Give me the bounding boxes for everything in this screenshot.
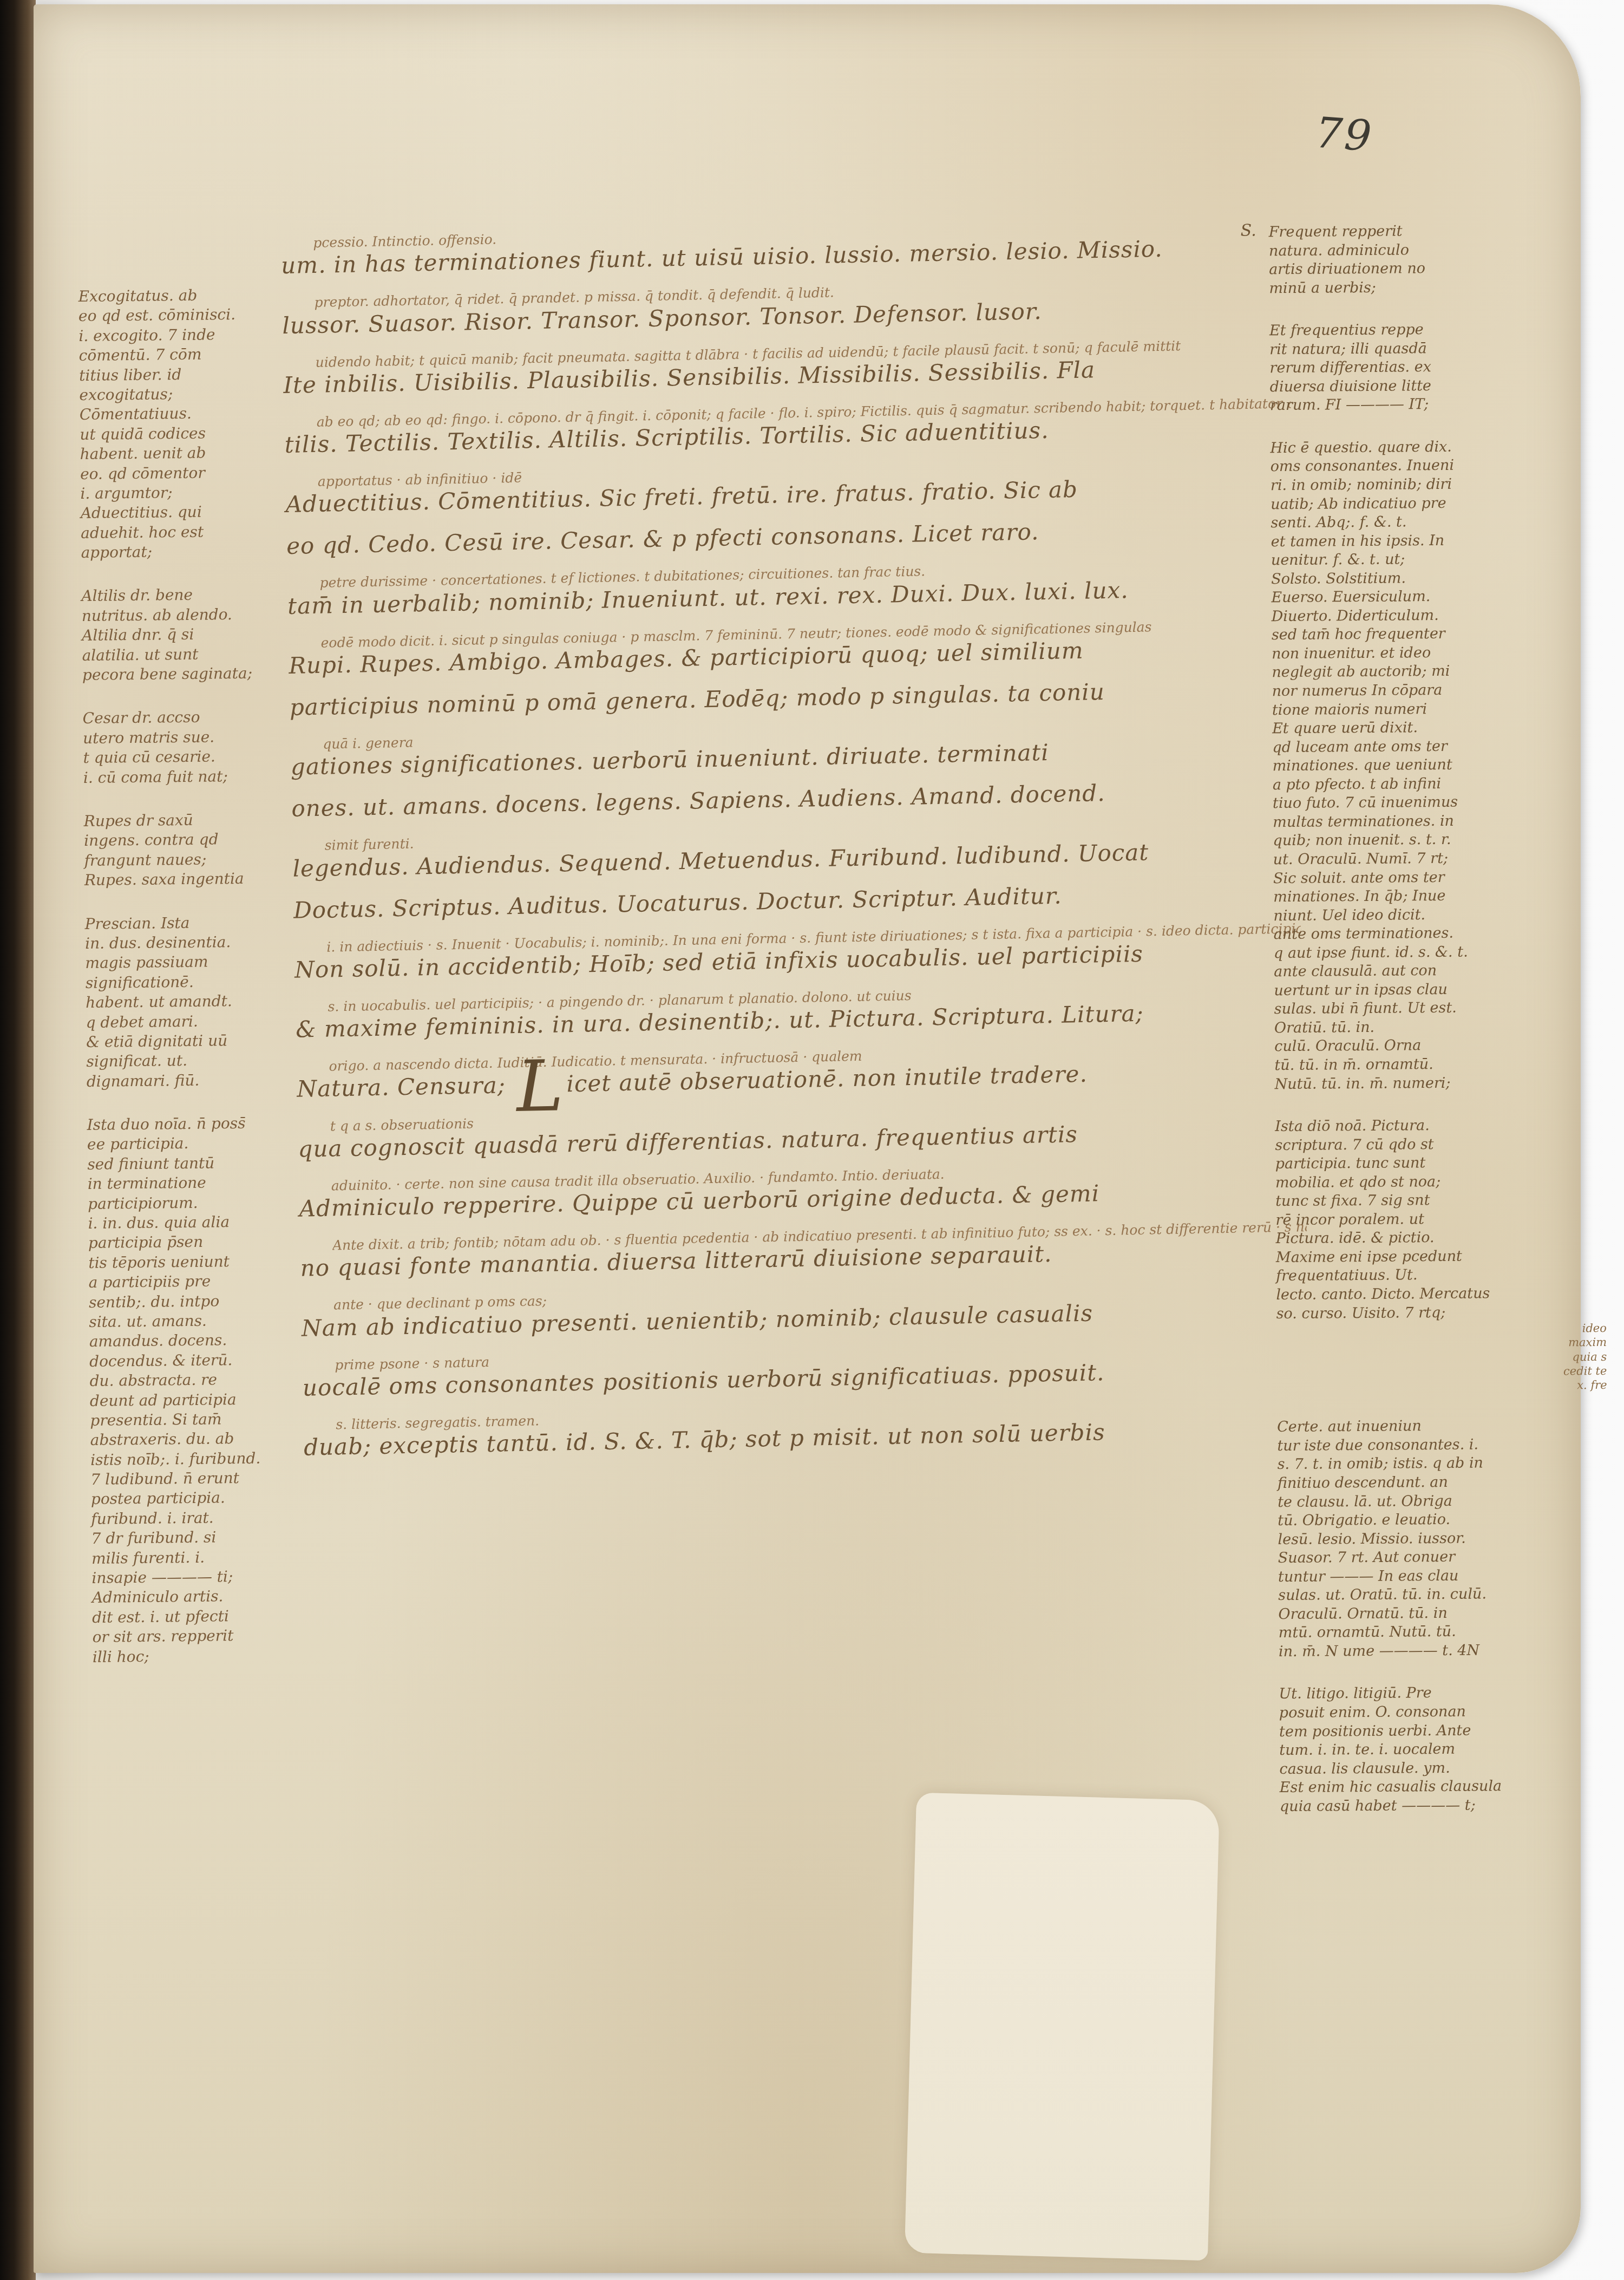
gloss-line: i. argumtor; [80,482,281,504]
gloss-block: Certe. aut inueniuntur iste due consonan… [1277,1416,1609,1661]
gloss-line: nor numerus In cōpara [1272,680,1602,701]
gloss-line: Altilia dnr. q̄ si [82,624,283,645]
gloss-line: dignamari. fiū. [87,1070,288,1092]
gloss-line: Prescian. Ista [85,912,286,934]
side-note: x. fre [1277,1378,1607,1395]
gloss-line: sulas. ubi n̄ fiunt. Ut est. [1274,998,1605,1019]
gloss-line: tū. tū. in m̄. ornamtū. [1274,1054,1605,1075]
gloss-line: Pictura. idē. & pictio. [1276,1227,1606,1249]
paragraph-marker: S. [1241,221,1256,240]
gloss-line: tuntur ——— In eas clau [1278,1566,1608,1587]
gloss-line: oms consonantes. Inueni [1271,455,1601,476]
text-line: prime psone · s naturauocalē oms consona… [302,1338,1309,1401]
gloss-line: significat. ut. [86,1050,287,1072]
gloss-line: ante oms terminationes. [1274,923,1604,944]
text-line: quā i. generagationes significationes. u… [290,717,1298,780]
gloss-line: lecto. canto. Dicto. Mercatus [1276,1284,1606,1305]
gloss-line: habent. ut amandt. [86,991,287,1012]
gloss-line: participia. tunc sunt [1275,1153,1606,1174]
gloss-line: tum. i. in. te. i. uocalem [1279,1739,1609,1760]
text-line: s. litteris. segregatis. tramen.duab; ex… [303,1397,1311,1460]
gloss-line: sed tam̄ hoc frequenter [1272,624,1602,645]
text-line: apportatus · ab infinitiuo · idēAduectit… [285,454,1293,517]
text-line: eo qd. Cedo. Cesū ire. Cesar. & p pfecti… [286,514,1294,559]
gloss-line: s. 7. t. in omib; istis. q ab in [1277,1453,1607,1474]
main-line-text: participius nominū p omā genera. Eodēq; … [289,675,1296,720]
gloss-line: q aut ipse fiunt. id. s. &. t. [1274,942,1604,963]
gloss-line: Ista duo noīa. n̄ poss̄ [87,1113,288,1135]
gloss-line: rit natura; illi quasdā [1269,338,1600,360]
text-line: origo. a nascendo dicta. Iuditiū. Iudica… [296,1039,1304,1102]
gloss-line: so. curso. Uisito. 7 rtq; [1276,1302,1607,1323]
gloss-line: or sit ars. repperit [92,1625,293,1647]
text-line: Ante dixit. a trib; fontib; nōtam adu ob… [300,1218,1307,1281]
gloss-line: sentib;. du. intpo [89,1291,290,1312]
gloss-line: ri. in omib; nominib; diri [1271,474,1601,495]
main-line-prefix: Natura. Censura; [297,1072,514,1103]
gloss-line: tem positionis uerbi. Ante [1279,1720,1609,1741]
manuscript-photo: 79 Excogitatus. abeo qd est. cōminisci.i… [0,0,1624,2280]
gloss-line: artis diriuationem no [1269,258,1599,279]
gloss-line: Et frequentius reppe [1269,319,1600,341]
gloss-line: culū. Oraculū. Orna [1274,1035,1605,1056]
gloss-line: a pto pfecto. t ab infini [1273,774,1603,795]
text-line: i. in adiectiuis · s. Inuenit · Uocabuli… [294,920,1301,983]
text-line: simit furenti.legendus. Audiendus. Seque… [292,818,1300,881]
gloss-line: quia casū habet ———— t; [1280,1795,1610,1817]
gloss-line: Est enim hic casualis clausula [1280,1776,1610,1798]
gloss-line: diuersa diuisione litte [1270,376,1600,397]
gloss-line: finitiuo descendunt. an [1278,1472,1608,1493]
gloss-line: participiorum. [88,1192,289,1214]
gloss-line: Nutū. tū. in. m̄. numeri; [1275,1073,1605,1094]
gloss-line: Sic soluit. ante oms ter [1273,867,1603,888]
gloss-block: S.Frequent repperitnatura. adminiculoart… [1269,221,1600,298]
gloss-line: Adminiculo artis. [92,1586,293,1608]
gloss-block: Rupes dr saxūingens. contra qdfrangunt n… [84,809,286,890]
gloss-line: t quia cū cesarie. [83,746,284,768]
left-gloss-column: Excogitatus. abeo qd est. cōminisci.i. e… [78,285,294,1691]
gloss-line: docendus. & iterū. [89,1350,291,1371]
main-line-text: eo qd. Cedo. Cesū ire. Cesar. & p pfecti… [286,514,1294,559]
parchment-page: 79 Excogitatus. abeo qd est. cōminisci.i… [34,4,1581,2273]
gloss-line: tur iste due consonantes. i. [1277,1435,1607,1456]
gloss-line: multas terminationes. in [1273,811,1603,832]
gloss-line: excogitatus; [79,383,280,405]
gloss-line: aduehit. hoc est [81,521,282,543]
gloss-line: Oratiū. tū. in. [1274,1017,1605,1038]
text-line: ab eo qd; ab eo qd: fingo. i. cōpono. dr… [284,395,1292,458]
gloss-block: Hic ē questio. quare dix.oms consonantes… [1270,437,1605,1094]
gloss-line: sulas. ut. Oratū. tū. in. culū. [1278,1584,1608,1605]
text-line: ante · que declinant p oms cas;Nam ab in… [301,1278,1308,1341]
gloss-line: Cōmentatiuus. [80,403,281,424]
text-line: eodē modo dicit. i. sicut p singulas con… [288,616,1295,678]
gloss-line: posuit enim. O. consonan [1279,1702,1609,1723]
gloss-line: minū a uerbis; [1269,277,1599,298]
gloss-block: Ista diō noā. Pictura.scriptura. 7 cū qd… [1275,1115,1607,1395]
large-initial: L [513,1045,567,1128]
gloss-line: niunt. Uel ideo dicit. [1273,904,1603,925]
gloss-line: mobilia. et qdo st noa; [1275,1172,1606,1193]
gloss-line: tū. Obrigatio. e leuatio. [1278,1510,1608,1531]
text-line: ones. ut. amans. docens. legens. Sapiens… [291,776,1299,821]
gloss-line: Rupes dr saxū [84,809,285,831]
gloss-line: furibund. i. irat. [91,1507,292,1529]
text-line: preptor. adhortator, q̄ ridet. q̄ prande… [281,276,1289,338]
gloss-line: eo qd est. cōminisci. [78,305,280,326]
gloss-line: habent. uenit ab [80,442,281,464]
gloss-line: Euerso. Euersiculum. [1271,586,1601,607]
folio-number: 79 [1314,108,1375,161]
gloss-line: Excogitatus. ab [78,285,279,306]
gloss-line: tione maioris numeri [1272,698,1602,720]
gloss-line: rarum. FI ———— IT; [1270,394,1600,415]
gloss-line: ee participia. [87,1133,289,1154]
gloss-line: lesū. lesio. Missio. iussor. [1278,1528,1608,1549]
gloss-line: insapie ———— ti; [91,1566,293,1588]
gloss-line: Diuerto. Diderticulum. [1272,605,1602,626]
gloss-line: presentia. Si tam̄ [90,1409,291,1430]
gloss-line: Rupes. saxa ingentia [84,868,286,890]
gloss-line: Frequent repperit [1269,221,1599,242]
gloss-block: Et frequentius repperit natura; illi qua… [1269,319,1600,415]
gloss-line: participia p̄sen [88,1231,290,1253]
gloss-line: abstraxeris. du. ab [90,1428,292,1450]
gloss-line: scriptura. 7 cū qdo st [1275,1134,1605,1155]
gloss-line: du. abstracta. re [89,1369,291,1391]
gloss-line: Altilis dr. bene [81,585,283,606]
text-line: s. in uocabulis. uel participiis; · a pi… [295,979,1302,1042]
repair-patch [905,1793,1220,2261]
gloss-line: 7 dr furibund. si [91,1527,292,1549]
gloss-line: q debet amari. [86,1011,287,1033]
gloss-line: significationē. [86,971,287,993]
main-line-text: Doctus. Scriptus. Auditus. Uocaturus. Do… [293,878,1301,923]
binding-edge [0,0,36,2280]
gloss-line: i. cū coma fuit nat; [83,766,285,788]
gloss-line: neglegit ab auctorib; mi [1272,661,1602,682]
gloss-block: Cesar dr. accsoutero matris sue.t quia c… [83,707,285,788]
text-line: petre durissime · concertationes. t ef l… [287,556,1294,619]
gloss-line: sita. ut. amans. [89,1310,290,1332]
gloss-line: et tamen in his ipsis. In [1271,531,1601,552]
gloss-line: alatilia. ut sunt [82,644,283,665]
gloss-line: Certe. aut inueniun [1277,1416,1607,1437]
gloss-line: senti. Abq;. f. &. t. [1271,512,1601,533]
gloss-line: Et quare uerū dixit. [1272,717,1602,739]
gloss-line: tiuo futo. 7 cū inuenimus [1273,792,1603,813]
gloss-line: in. m̄. N ume ———— t. 4N [1279,1641,1609,1662]
gloss-line: Hic ē questio. quare dix. [1270,437,1600,458]
gloss-line: in. dus. desinentia. [85,932,286,953]
gloss-line: tis tēporis ueniunt [88,1251,290,1273]
gloss-line: frangunt naues; [84,849,285,871]
gloss-line: & etiā dignitati uū [86,1030,287,1052]
gloss-line: istis noīb;. i. furibund. [90,1448,292,1470]
gloss-line: postea participia. [91,1487,292,1509]
gloss-line: ut quidā codices [80,423,281,445]
gloss-line: ut. Oraculū. Numī. 7 rt; [1273,848,1603,870]
gloss-line: nutritus. ab alendo. [82,604,283,626]
gloss-line: qd luceam ante oms ter [1272,736,1602,757]
gloss-line: tunc st fixa. 7 sig snt [1275,1190,1606,1211]
gloss-line: te clausu. lā. ut. Obriga [1278,1491,1608,1512]
gloss-line: apportat; [81,541,282,563]
gloss-line: Suasor. 7 rt. Aut conuer [1278,1547,1608,1568]
gloss-line: 7 ludibund. n̄ erunt [90,1468,292,1489]
text-line: aduinito. · certe. non sine causa tradit… [299,1159,1306,1221]
gloss-line: cōmentū. 7 cōm [79,344,280,365]
gloss-line: non inuenitur. et ideo [1272,643,1602,664]
gloss-line: i. in. dus. quia alia [88,1212,289,1233]
gloss-line: Cesar dr. accso [83,707,284,729]
gloss-line: Ista diō noā. Pictura. [1275,1115,1605,1136]
gloss-line: casua. lis clausule. ym. [1279,1758,1609,1779]
gloss-line: natura. adminiculo [1269,239,1599,260]
gloss-line: milis furenti. i. [91,1547,293,1569]
text-line: Doctus. Scriptus. Auditus. Uocaturus. Do… [293,878,1301,923]
gloss-line: uenitur. f. &. t. ut; [1271,549,1601,570]
gloss-line: i. excogito. 7 inde [78,324,280,346]
gloss-line: rē incor poralem. ut [1275,1209,1606,1230]
main-text-column: pcessio. Intinctio. offensio.um. in has … [280,215,1311,1476]
gloss-line: rerum differentias. ex [1269,357,1600,378]
gloss-line: Ut. litigo. litigiū. Pre [1279,1683,1609,1704]
gloss-line: quib; non inuenit. s. t. r. [1273,829,1603,851]
gloss-block: Altilis dr. benenutritus. ab alendo.Alti… [81,585,284,685]
gloss-block: Ista duo noīa. n̄ poss̄ee participia.sed… [87,1113,294,1667]
main-line-text: ones. ut. amans. docens. legens. Sapiens… [291,776,1299,821]
gloss-line: Solsto. Solstitium. [1271,568,1601,589]
gloss-line: uatib; Ab indicatiuo pre [1271,493,1601,514]
gloss-line: minationes. que ueniunt [1272,755,1602,776]
gloss-line: in terminatione [88,1172,289,1194]
gloss-line: eo. qd cōmentor [80,462,281,484]
gloss-line: Aduectitius. qui [81,501,282,523]
gloss-line: deunt ad participia [90,1389,291,1411]
gloss-line: Maxime eni ipse pcedunt [1276,1246,1606,1268]
gloss-line: a participiis pre [89,1271,290,1292]
gloss-line: utero matris sue. [83,727,284,748]
gloss-line: ingens. contra qd [84,829,285,851]
gloss-line: amandus. docens. [89,1330,291,1351]
gloss-line: minationes. In q̄b; Inue [1273,886,1603,907]
gloss-block: Ut. litigo. litigiū. Preposuit enim. O. … [1279,1683,1610,1816]
gloss-block: Prescian. Istain. dus. desinentia.magis … [85,912,288,1092]
gloss-line: frequentatiuus. Ut. [1276,1265,1606,1286]
right-gloss-column: S.Frequent repperitnatura. adminiculoart… [1269,221,1610,1840]
gloss-line: ante clausulā. aut con [1274,961,1604,982]
gloss-line: titius liber. id [79,364,280,386]
text-line: pcessio. Intinctio. offensio.um. in has … [280,215,1288,278]
gloss-line: pecora bene saginata; [82,663,284,685]
gloss-line: uertunt ur in ipsas clau [1274,979,1604,1001]
text-line: t q a s. obseruationisqua cognoscit quas… [297,1099,1305,1162]
gloss-line: dit est. i. ut pfecti [92,1606,293,1628]
gloss-line: illi hoc; [93,1645,294,1667]
gloss-line: Oraculū. Ornatū. tū. in [1278,1603,1608,1624]
gloss-line: sed finiunt tantū [87,1153,289,1174]
gloss-line: magis passiuam [85,951,286,973]
text-line: uidendo habit; t quicū manib; facit pneu… [283,335,1290,398]
text-line: participius nominū p omā genera. Eodēq; … [289,675,1296,720]
gloss-line: mtū. ornamtū. Nutū. tū. [1279,1622,1609,1643]
gloss-block: Excogitatus. abeo qd est. cōminisci.i. e… [78,285,282,563]
